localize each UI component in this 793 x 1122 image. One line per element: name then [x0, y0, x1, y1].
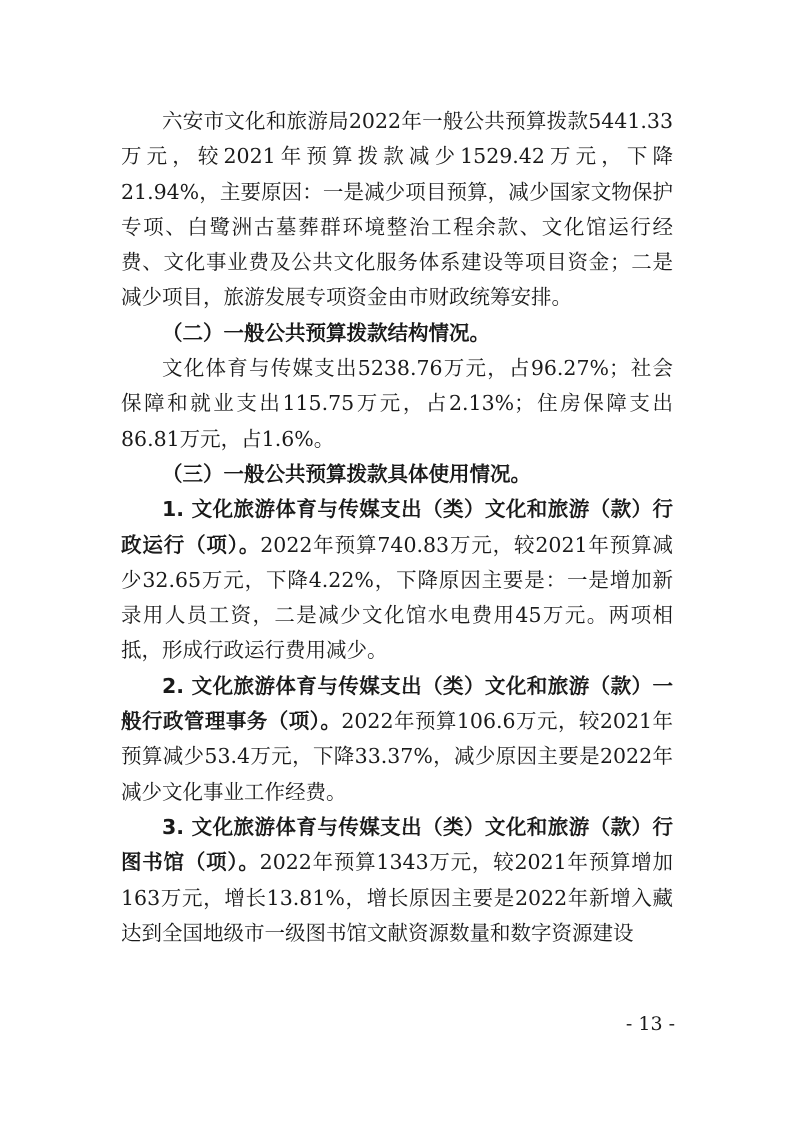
page-number: - 13 - [626, 1013, 675, 1035]
item-library: 3. 文化旅游体育与传媒支出（类）文化和旅游（款）行图书馆（项）。2022年预算… [121, 810, 673, 951]
paragraph-structure: 文化体育与传媒支出5238.76万元，占96.27%；社会保障和就业支出115.… [121, 351, 673, 457]
heading-usage: （三）一般公共预算拨款具体使用情况。 [121, 457, 673, 492]
heading-structure: （二）一般公共预算拨款结构情况。 [121, 316, 673, 351]
document-page: 六安市文化和旅游局2022年一般公共预算拨款5441.33万元，较2021年预算… [121, 104, 673, 951]
item-general-admin-affairs: 2. 文化旅游体育与传媒支出（类）文化和旅游（款）一般行政管理事务（项）。202… [121, 669, 673, 810]
paragraph-budget-summary: 六安市文化和旅游局2022年一般公共预算拨款5441.33万元，较2021年预算… [121, 104, 673, 316]
item-administrative-operation: 1. 文化旅游体育与传媒支出（类）文化和旅游（款）行政运行（项）。2022年预算… [121, 492, 673, 668]
